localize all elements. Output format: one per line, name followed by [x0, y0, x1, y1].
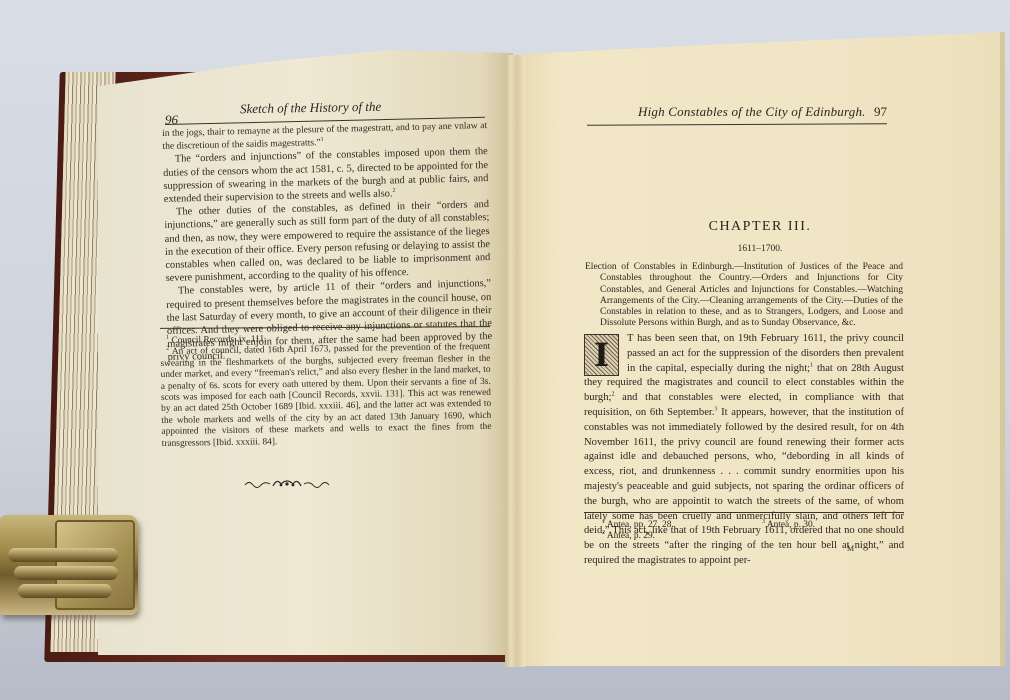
book-weight-finger: [8, 548, 118, 562]
right-footnotes: 1 Antea, pp. 27, 28. 3 Antea, p. 30. 2 A…: [584, 520, 904, 542]
drop-cap-initial: I: [584, 334, 619, 376]
left-page-number: 96: [165, 112, 178, 128]
chapter-summary: Election of Constables in Edinburgh.—Ins…: [585, 262, 903, 330]
book-weight-finger: [18, 584, 112, 598]
right-page-edge: [1000, 32, 1005, 666]
body-paragraph: The “orders and injunctions” of the cons…: [163, 145, 489, 206]
signature-mark: M: [847, 544, 855, 553]
book-spine-gutter: [505, 55, 525, 667]
left-running-head: Sketch of the History of the: [240, 99, 381, 117]
footnote: 2 Antea, p. 29.: [584, 531, 744, 542]
left-footnotes: 1 Council Records, ix. 111. 2 An act of …: [160, 331, 492, 450]
body-paragraph: The other duties of the constables, as d…: [164, 198, 491, 285]
chapter-dates: 1611–1700.: [580, 244, 940, 254]
chapter-title: CHAPTER III.: [580, 219, 940, 235]
book-weight-finger: [14, 566, 118, 580]
right-page-number: 97: [874, 104, 887, 120]
tailpiece-ornament-icon: [243, 478, 331, 490]
right-running-head: High Constables of the City of Edinburgh…: [638, 104, 866, 120]
footnote: 2 An act of council, dated 16th April 16…: [160, 342, 492, 450]
footnote: 3 Antea, p. 30.: [744, 520, 904, 531]
footnote: 1 Antea, pp. 27, 28.: [584, 520, 744, 531]
footnote-rule: [584, 512, 904, 513]
